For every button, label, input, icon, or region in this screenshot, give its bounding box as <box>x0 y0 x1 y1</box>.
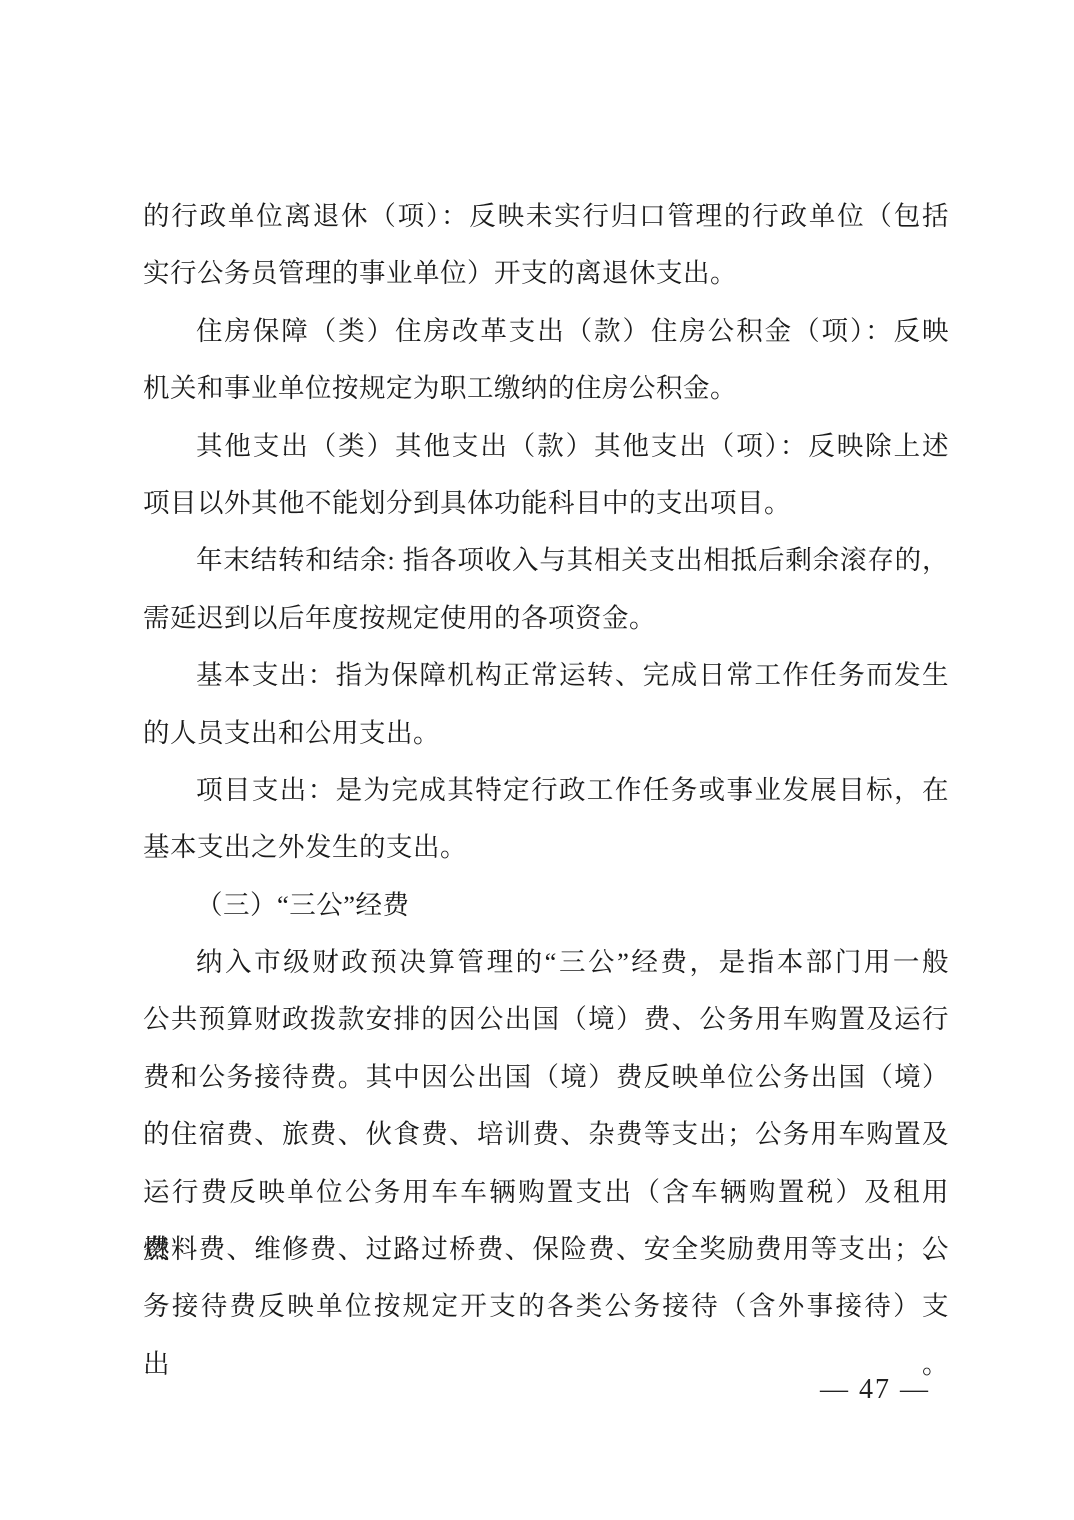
text-line: 年末结转和结余: 指各项收入与其相关支出相抵后剩余滚存的， <box>143 532 949 589</box>
text-line: 项目支出：是为完成其特定行政工作任务或事业发展目标，在 <box>143 762 949 819</box>
text-line: 的人员支出和公用支出。 <box>143 705 949 762</box>
text-line: 基本支出之外发生的支出。 <box>143 819 949 876</box>
text-line: 其他支出（类）其他支出（款）其他支出（项）：反映除上述 <box>143 418 949 475</box>
page-footer: — 47 — <box>820 1374 930 1406</box>
text-line: 的住宿费、旅费、伙食费、培训费、杂费等支出；公务用车购置及 <box>143 1106 949 1163</box>
text-line: 纳入市级财政预决算管理的“三公”经费，是指本部门用一般 <box>143 934 949 991</box>
text-line: 需延迟到以后年度按规定使用的各项资金。 <box>143 590 949 647</box>
text-line: 费和公务接待费。其中因公出国（境）费反映单位公务出国（境） <box>143 1049 949 1106</box>
text-line: 实行公务员管理的事业单位）开支的离退休支出。 <box>143 245 949 302</box>
text-line: 项目以外其他不能划分到具体功能科目中的支出项目。 <box>143 475 949 532</box>
text-line: 务接待费反映单位按规定开支的各类公务接待（含外事接待）支出。 <box>143 1278 949 1335</box>
text-line: 运行费反映单位公务用车车辆购置支出（含车辆购置税）及租用费、 <box>143 1164 949 1221</box>
text-line: 基本支出：指为保障机构正常运转、完成日常工作任务而发生 <box>143 647 949 704</box>
section-heading: （三）“三公”经费 <box>143 877 949 934</box>
text-line: 机关和事业单位按规定为职工缴纳的住房公积金。 <box>143 360 949 417</box>
text-line: 的行政单位离退休（项）：反映未实行归口管理的行政单位（包括 <box>143 188 949 245</box>
document-page: 的行政单位离退休（项）：反映未实行归口管理的行政单位（包括 实行公务员管理的事业… <box>0 0 1074 1520</box>
text-line: 公共预算财政拨款安排的因公出国（境）费、公务用车购置及运行 <box>143 991 949 1048</box>
page-number: — 47 — <box>820 1374 930 1405</box>
text-line: 住房保障（类）住房改革支出（款）住房公积金（项）：反映 <box>143 303 949 360</box>
document-body: 的行政单位离退休（项）：反映未实行归口管理的行政单位（包括 实行公务员管理的事业… <box>143 188 949 1336</box>
text-line: 燃料费、维修费、过路过桥费、保险费、安全奖励费用等支出；公 <box>143 1221 949 1278</box>
